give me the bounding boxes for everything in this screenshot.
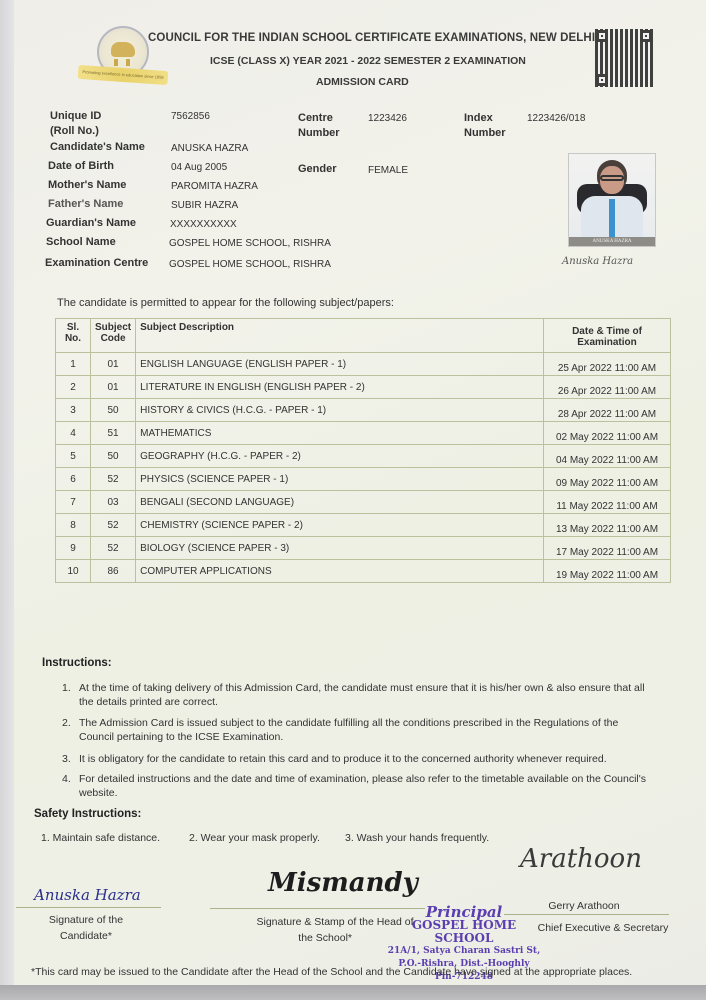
table-surface bbox=[0, 985, 706, 1000]
cell-date-time: 04 May 2022 11:00 AM bbox=[544, 445, 671, 468]
instructions-title: Instructions: bbox=[42, 657, 112, 669]
cell-subject-code: 01 bbox=[91, 376, 136, 399]
chief-executive-name: Gerry Arathoon bbox=[514, 898, 654, 914]
index-number-label: IndexNumber bbox=[464, 111, 506, 141]
cell-subject-code: 51 bbox=[91, 422, 136, 445]
cell-subject-description: LITERATURE IN ENGLISH (ENGLISH PAPER - 2… bbox=[136, 376, 544, 399]
cell-sl-no: 10 bbox=[56, 560, 91, 583]
table-row: 652PHYSICS (SCIENCE PAPER - 1)09 May 202… bbox=[56, 468, 671, 491]
centre-number-value: 1223426 bbox=[368, 111, 407, 126]
table-row: 350HISTORY & CIVICS (H.C.G. - PAPER - 1)… bbox=[56, 399, 671, 422]
mother-name-label: Mother's Name bbox=[48, 178, 126, 193]
header-date-time: Date & Time of Examination bbox=[544, 319, 671, 353]
cell-date-time: 09 May 2022 11:00 AM bbox=[544, 468, 671, 491]
dob-value: 04 Aug 2005 bbox=[171, 160, 227, 175]
cell-subject-description: HISTORY & CIVICS (H.C.G. - PAPER - 1) bbox=[136, 399, 544, 422]
candidate-name-value: ANUSKA HAZRA bbox=[171, 141, 248, 156]
footnote: *This card may be issued to the Candidat… bbox=[31, 966, 632, 978]
cell-subject-code: 01 bbox=[91, 353, 136, 376]
cell-date-time: 17 May 2022 11:00 AM bbox=[544, 537, 671, 560]
photo-caption: ANUSKA HAZRA bbox=[569, 237, 655, 246]
unique-id-label: Unique ID(Roll No.) bbox=[50, 109, 101, 139]
cell-date-time: 13 May 2022 11:00 AM bbox=[544, 514, 671, 537]
cell-subject-description: PHYSICS (SCIENCE PAPER - 1) bbox=[136, 468, 544, 491]
table-row: 952BIOLOGY (SCIENCE PAPER - 3)17 May 202… bbox=[56, 537, 671, 560]
school-name-label: School Name bbox=[46, 235, 116, 250]
table-row: 1086COMPUTER APPLICATIONS19 May 2022 11:… bbox=[56, 560, 671, 583]
cell-date-time: 25 Apr 2022 11:00 AM bbox=[544, 353, 671, 376]
exam-title: ICSE (CLASS X) YEAR 2021 - 2022 SEMESTER… bbox=[210, 55, 526, 67]
index-number-value: 1223426/018 bbox=[527, 111, 585, 126]
chief-executive-signature-line bbox=[504, 914, 669, 915]
table-row: 703BENGALI (SECOND LANGUAGE)11 May 2022 … bbox=[56, 491, 671, 514]
cell-subject-code: 52 bbox=[91, 514, 136, 537]
table-row: 201LITERATURE IN ENGLISH (ENGLISH PAPER … bbox=[56, 376, 671, 399]
cell-sl-no: 2 bbox=[56, 376, 91, 399]
mother-name-value: PAROMITA HAZRA bbox=[171, 179, 258, 194]
candidate-signature-caption: Signature of theCandidate* bbox=[26, 912, 146, 944]
instruction-item: 1.At the time of taking delivery of this… bbox=[62, 681, 652, 709]
instruction-item: 2.The Admission Card is issued subject t… bbox=[62, 716, 652, 744]
exam-centre-label: Examination Centre bbox=[45, 256, 148, 271]
exam-centre-value: GOSPEL HOME SCHOOL, RISHRA bbox=[169, 257, 331, 272]
table-header-row: Sl. No. Subject Code Subject Description… bbox=[56, 319, 671, 353]
guardian-name-value: XXXXXXXXXX bbox=[170, 217, 237, 232]
candidate-name-label: Candidate's Name bbox=[50, 140, 145, 155]
instruction-item: 4.For detailed instructions and the date… bbox=[62, 772, 652, 800]
cell-subject-code: 03 bbox=[91, 491, 136, 514]
candidate-photo: ANUSKA HAZRA bbox=[568, 153, 656, 247]
cell-sl-no: 1 bbox=[56, 353, 91, 376]
school-name-value: GOSPEL HOME SCHOOL, RISHRA bbox=[169, 236, 331, 251]
table-row: 550GEOGRAPHY (H.C.G. - PAPER - 2)04 May … bbox=[56, 445, 671, 468]
photo-signature: Anuska Hazra bbox=[562, 256, 633, 267]
safety-item: 1. Maintain safe distance. bbox=[41, 832, 160, 844]
table-row: 852CHEMISTRY (SCIENCE PAPER - 2)13 May 2… bbox=[56, 514, 671, 537]
cell-sl-no: 9 bbox=[56, 537, 91, 560]
father-name-value: SUBIR HAZRA bbox=[171, 198, 238, 213]
guardian-name-label: Guardian's Name bbox=[46, 216, 136, 231]
cell-date-time: 11 May 2022 11:00 AM bbox=[544, 491, 671, 514]
cell-subject-code: 50 bbox=[91, 399, 136, 422]
cell-subject-code: 52 bbox=[91, 537, 136, 560]
permit-text: The candidate is permitted to appear for… bbox=[57, 297, 394, 309]
header-subject-code: Subject Code bbox=[91, 319, 136, 353]
admission-card: Promoting excellence in education since … bbox=[14, 0, 706, 985]
cell-subject-description: BENGALI (SECOND LANGUAGE) bbox=[136, 491, 544, 514]
emblem-ribbon: Promoting excellence in education since … bbox=[78, 65, 169, 85]
cell-subject-code: 52 bbox=[91, 468, 136, 491]
cell-sl-no: 3 bbox=[56, 399, 91, 422]
cell-subject-code: 50 bbox=[91, 445, 136, 468]
subjects-table: Sl. No. Subject Code Subject Description… bbox=[55, 318, 671, 583]
cell-subject-description: MATHEMATICS bbox=[136, 422, 544, 445]
header-subject-description: Subject Description bbox=[136, 319, 544, 353]
cell-subject-code: 86 bbox=[91, 560, 136, 583]
dob-label: Date of Birth bbox=[48, 159, 114, 174]
cell-sl-no: 8 bbox=[56, 514, 91, 537]
candidate-signature: Anuska Hazra bbox=[34, 886, 141, 904]
table-row: 451MATHEMATICS02 May 2022 11:00 AM bbox=[56, 422, 671, 445]
gender-label: Gender bbox=[298, 162, 337, 177]
cell-sl-no: 5 bbox=[56, 445, 91, 468]
cell-subject-description: COMPUTER APPLICATIONS bbox=[136, 560, 544, 583]
cell-sl-no: 4 bbox=[56, 422, 91, 445]
cell-sl-no: 6 bbox=[56, 468, 91, 491]
cell-date-time: 28 Apr 2022 11:00 AM bbox=[544, 399, 671, 422]
header-sl-no: Sl. No. bbox=[56, 319, 91, 353]
cell-sl-no: 7 bbox=[56, 491, 91, 514]
council-name: COUNCIL FOR THE INDIAN SCHOOL CERTIFICAT… bbox=[148, 32, 595, 44]
chief-executive-caption: Chief Executive & Secretary bbox=[518, 920, 688, 936]
centre-number-label: CentreNumber bbox=[298, 111, 340, 141]
head-signature: Mismandy bbox=[268, 868, 418, 898]
safety-item: 2. Wear your mask properly. bbox=[189, 832, 320, 844]
cell-subject-description: GEOGRAPHY (H.C.G. - PAPER - 2) bbox=[136, 445, 544, 468]
candidate-signature-line bbox=[16, 907, 161, 908]
cell-date-time: 26 Apr 2022 11:00 AM bbox=[544, 376, 671, 399]
table-row: 101ENGLISH LANGUAGE (ENGLISH PAPER - 1)2… bbox=[56, 353, 671, 376]
unique-id-value: 7562856 bbox=[171, 109, 210, 124]
chief-executive-signature: Arathoon bbox=[520, 844, 642, 874]
cell-date-time: 19 May 2022 11:00 AM bbox=[544, 560, 671, 583]
gender-value: FEMALE bbox=[368, 163, 408, 178]
cell-subject-description: BIOLOGY (SCIENCE PAPER - 3) bbox=[136, 537, 544, 560]
cell-subject-description: CHEMISTRY (SCIENCE PAPER - 2) bbox=[136, 514, 544, 537]
cell-date-time: 02 May 2022 11:00 AM bbox=[544, 422, 671, 445]
safety-title: Safety Instructions: bbox=[34, 808, 141, 820]
instruction-item: 3.It is obligatory for the candidate to … bbox=[62, 752, 652, 766]
card-title: ADMISSION CARD bbox=[316, 76, 409, 88]
qr-code-icon bbox=[595, 29, 653, 87]
safety-item: 3. Wash your hands frequently. bbox=[345, 832, 489, 844]
cell-subject-description: ENGLISH LANGUAGE (ENGLISH PAPER - 1) bbox=[136, 353, 544, 376]
father-name-label: Father's Name bbox=[48, 197, 123, 212]
